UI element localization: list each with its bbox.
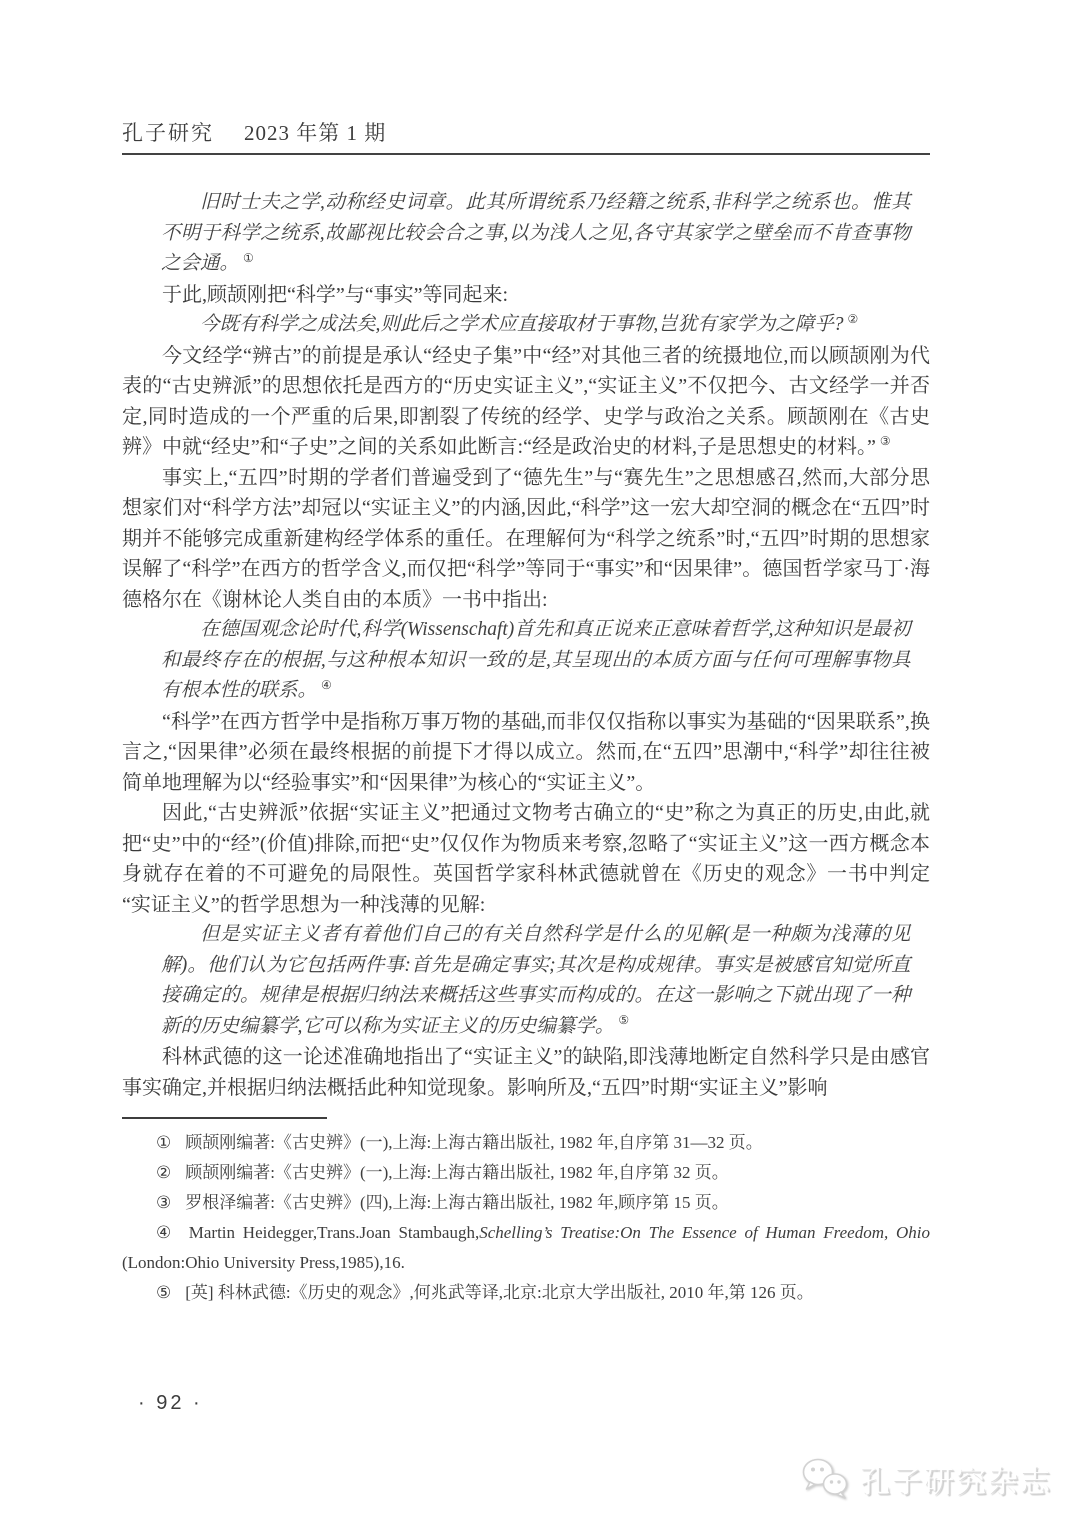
footnote-item-2: ②顾颉刚编著:《古史辨》(一),上海:上海古籍出版社, 1982 年,自序第 3…: [122, 1158, 930, 1188]
watermark-text: 孔子研究杂志: [860, 1457, 1052, 1501]
block-quote-1: 旧时士夫之学,动称经史词章。此其所谓统系乃经籍之统系,非科学之统系也。惟其不明于…: [161, 188, 911, 280]
footnote-item-4: ④Martin Heidegger,Trans.Joan Stambaugh,S…: [122, 1218, 930, 1278]
footnote-number: ③: [156, 1193, 171, 1212]
paragraph-2: 今文经学“辨古”的前提是承认“经史子集”中“经”对其他三者的统摄地位,而以顾颉刚…: [122, 341, 930, 463]
paragraph-5: 因此,“古史辨派”依据“实证主义”把通过文物考古确立的“史”称之为真正的历史,由…: [122, 798, 930, 920]
paragraph-text: 因此,“古史辨派”依据“实证主义”把通过文物考古确立的“史”称之为真正的历史,由…: [122, 802, 930, 916]
wechat-icon: [800, 1456, 852, 1502]
footnote-item-5: ⑤[英] 科林武德:《历史的观念》,何兆武等译,北京:北京大学出版社, 2010…: [122, 1278, 930, 1308]
footnote-number: ⑤: [156, 1283, 171, 1302]
footnote-ref-3: ③: [880, 434, 891, 448]
paragraph-text: “科学”在西方哲学中是指称万事万物的基础,而非仅仅指称以事实为基础的“因果联系”…: [122, 711, 930, 794]
footnote-number: ①: [156, 1133, 171, 1152]
footnote-text: 罗根泽编著:《古史辨》(四),上海:上海古籍出版社, 1982 年,顾序第 15…: [185, 1193, 729, 1212]
journal-title: 孔子研究: [122, 122, 214, 144]
paragraph-text: 于此,顾颉刚把“科学”与“事实”等同起来:: [162, 284, 508, 306]
footnote-ref-4: ④: [321, 678, 332, 692]
footnote-separator: [122, 1117, 327, 1119]
footnote-ref-5: ⑤: [618, 1013, 629, 1027]
quote-text: 旧时士夫之学,动称经史词章。此其所谓统系乃经籍之统系,非科学之统系也。惟其不明于…: [161, 192, 911, 274]
footnote-item-1: ①顾颉刚编著:《古史辨》(一),上海:上海古籍出版社, 1982 年,自序第 3…: [122, 1128, 930, 1158]
paragraph-4: “科学”在西方哲学中是指称万事万物的基础,而非仅仅指称以事实为基础的“因果联系”…: [122, 707, 930, 799]
page-number: · 92 ·: [138, 1392, 203, 1415]
running-header: 孔子研究 2023 年第 1 期: [122, 122, 930, 155]
footnote-ref-1: ①: [243, 251, 254, 265]
journal-watermark: 孔子研究杂志: [800, 1456, 1052, 1502]
footnote-section: ①顾颉刚编著:《古史辨》(一),上海:上海古籍出版社, 1982 年,自序第 3…: [122, 1128, 930, 1308]
footnote-ref-2: ②: [848, 312, 859, 326]
paragraph-6: 科林武德的这一论述准确地指出了“实证主义”的缺陷,即浅薄地断定自然科学只是由感官…: [122, 1042, 930, 1103]
footnote-text: [英] 科林武德:《历史的观念》,何兆武等译,北京:北京大学出版社, 2010 …: [185, 1283, 814, 1302]
footnote-number: ④: [156, 1223, 175, 1242]
footnote-text-roman: Martin Heidegger,Trans.Joan Stambaugh,: [189, 1223, 479, 1242]
paragraph-1: 于此,顾颉刚把“科学”与“事实”等同起来:: [122, 280, 930, 311]
footnote-item-3: ③罗根泽编著:《古史辨》(四),上海:上海古籍出版社, 1982 年,顾序第 1…: [122, 1188, 930, 1218]
article-body: 旧时士夫之学,动称经史词章。此其所谓统系乃经籍之统系,非科学之统系也。惟其不明于…: [122, 188, 930, 1103]
issue-label: 2023 年第 1 期: [244, 122, 386, 144]
footnote-text-roman: (London:Ohio University Press,1985),16.: [122, 1253, 405, 1272]
paragraph-text: 事实上,“五四”时期的学者们普遍受到了“德先生”与“赛先生”之思想感召,然而,大…: [122, 467, 930, 611]
block-quote-3: 在德国观念论时代,科学(Wissenschaft)首先和真正说来正意味着哲学,这…: [161, 615, 911, 707]
block-quote-2: 今既有科学之成法矣,则此后之学术应直接取材于事物,岂犹有家学为之障乎?②: [161, 310, 911, 341]
paragraph-text: 科林武德的这一论述准确地指出了“实证主义”的缺陷,即浅薄地断定自然科学只是由感官…: [122, 1046, 930, 1099]
paragraph-3: 事实上,“五四”时期的学者们普遍受到了“德先生”与“赛先生”之思想感召,然而,大…: [122, 463, 930, 616]
block-quote-4: 但是实证主义者有着他们自己的有关自然科学是什么的见解(是一种颇为浅薄的见解)。他…: [161, 920, 911, 1042]
footnote-text: 顾颉刚编著:《古史辨》(一),上海:上海古籍出版社, 1982 年,自序第 32…: [185, 1163, 729, 1182]
quote-text: 但是实证主义者有着他们自己的有关自然科学是什么的见解(是一种颇为浅薄的见解)。他…: [161, 924, 911, 1037]
quote-text: 今既有科学之成法矣,则此后之学术应直接取材于事物,岂犹有家学为之障乎?: [200, 314, 844, 335]
footnote-text-italic: Schelling’s Treatise:On The Essence of H…: [479, 1223, 930, 1242]
page-content: 孔子研究 2023 年第 1 期 旧时士夫之学,动称经史词章。此其所谓统系乃经籍…: [122, 122, 930, 1308]
journal-page: 孔子研究 2023 年第 1 期 旧时士夫之学,动称经史词章。此其所谓统系乃经籍…: [0, 0, 1080, 1526]
footnote-text: 顾颉刚编著:《古史辨》(一),上海:上海古籍出版社, 1982 年,自序第 31…: [185, 1133, 763, 1152]
footnote-number: ②: [156, 1163, 171, 1182]
quote-text: 在德国观念论时代,科学(Wissenschaft)首先和真正说来正意味着哲学,这…: [161, 619, 911, 701]
paragraph-text: 今文经学“辨古”的前提是承认“经史子集”中“经”对其他三者的统摄地位,而以顾颉刚…: [122, 345, 930, 459]
